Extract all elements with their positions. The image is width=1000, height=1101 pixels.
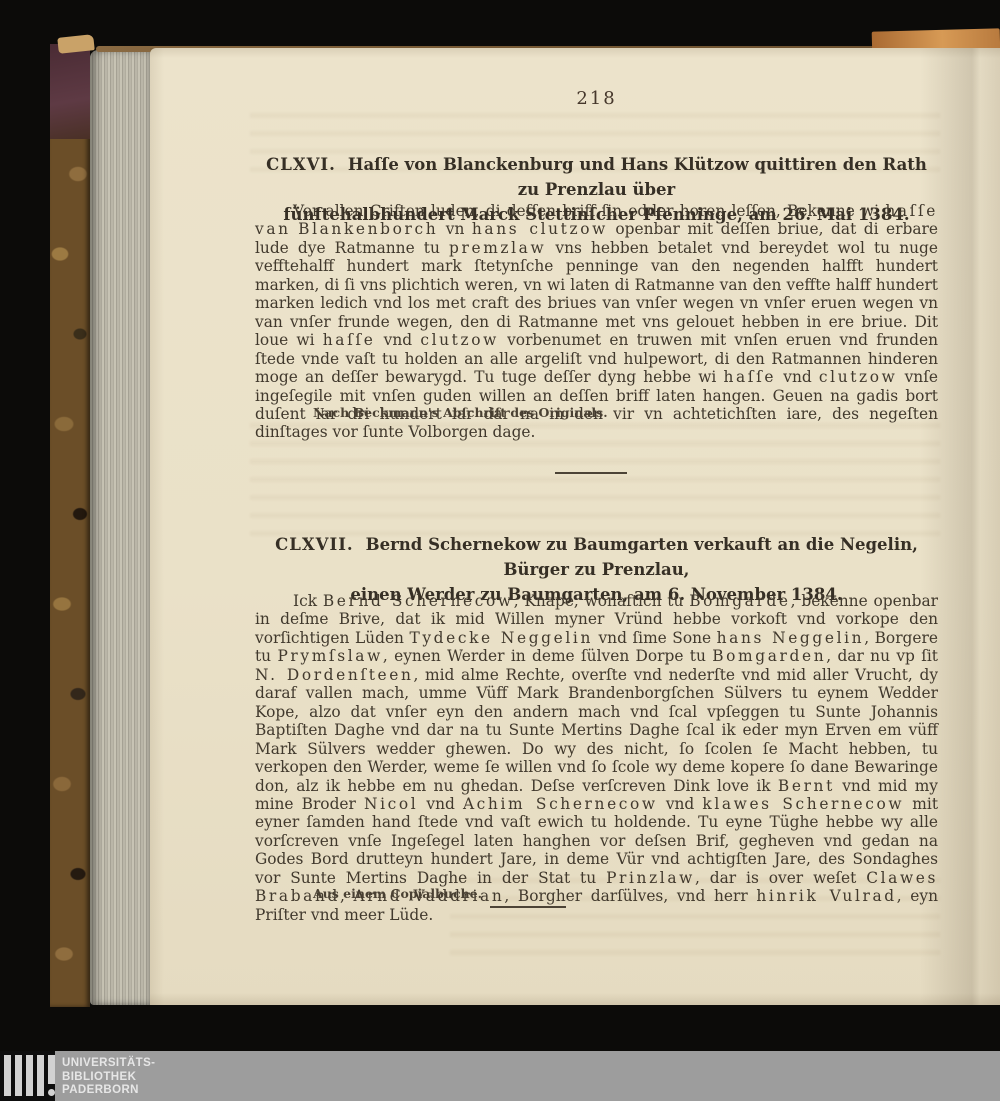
ub-paderborn-logo-icon <box>0 1051 55 1101</box>
section-number: CLXVII. <box>275 535 354 554</box>
library-name-line2: BIBLIOTHEK <box>62 1071 136 1083</box>
section-clxvii-body: Ick Bernd Schernecow, Knape, wonaftich t… <box>255 592 938 924</box>
page-number: 218 <box>255 88 938 109</box>
logo-bar <box>15 1055 22 1096</box>
logo-bar <box>37 1055 44 1096</box>
source-note: Nach Beckmann's Abſchrift des Originals. <box>313 405 996 420</box>
library-name-line3: PADERBORN <box>62 1084 139 1096</box>
logo-bar <box>26 1055 33 1096</box>
section-title-line1: Haſſe von Blanckenburg und Hans Klützow … <box>348 155 927 199</box>
source-note: Aus einem Copialbuche. <box>313 886 996 901</box>
marbled-cover-edge <box>50 44 90 1007</box>
watermark-band: UNIVERSITÄTS- BIBLIOTHEK PADERBORN <box>0 1051 1000 1101</box>
library-name: UNIVERSITÄTS- BIBLIOTHEK PADERBORN <box>62 1057 155 1098</box>
logo-bar <box>4 1055 11 1096</box>
logo-bar-exclamation <box>48 1055 55 1096</box>
section-title-line1: Bernd Schernekow zu Baumgarten verkauft … <box>366 535 918 579</box>
section-number: CLXVI. <box>266 155 336 174</box>
book-scan: 218 CLXVI.Haſſe von Blanckenburg und Han… <box>0 0 1000 1101</box>
book-page: 218 CLXVI.Haſſe von Blanckenburg und Han… <box>150 48 1000 1005</box>
leather-corner <box>50 44 90 139</box>
page-edge-stack <box>90 50 152 1005</box>
library-name-line1: UNIVERSITÄTS- <box>62 1057 155 1069</box>
section-divider <box>490 906 566 908</box>
section-divider <box>555 472 627 474</box>
